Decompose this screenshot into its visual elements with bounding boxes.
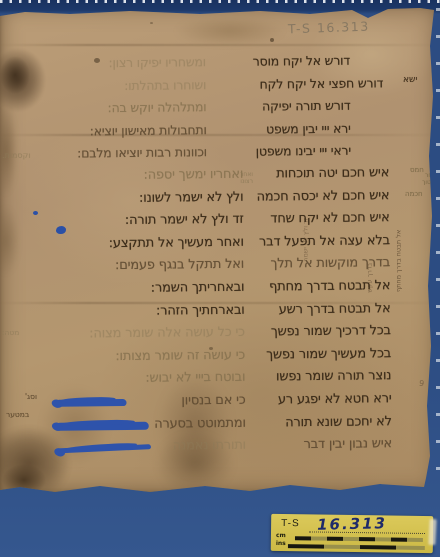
margin-note-right: חכמה <box>405 190 423 198</box>
hemistich-left: ואל תתקל בנגף פעמים: <box>115 257 244 273</box>
margin-gloss-line: רצונו <box>231 179 253 186</box>
text-line: איש נבון יבין דבר ותורתו נאמנה <box>2 434 440 461</box>
blue-ink-blot <box>56 226 66 234</box>
hemistich-right: ירא ייי יבין משפט <box>266 120 351 136</box>
vertical-gloss: בדרך עקש <box>366 258 373 298</box>
blue-ink-scribble <box>59 444 151 453</box>
margin-note-left: וקסמות. <box>2 151 30 160</box>
hemistich-right: דורש חפצי אל יקח לקח <box>259 75 383 91</box>
hemistich-right: דורש תורה יפיקה <box>262 98 351 114</box>
hemistich-left: ומתמוטט בסערה <box>154 415 246 431</box>
hemistich-left: ותורתו נאמנה <box>173 438 246 454</box>
hemistich-right: יראי ייי יבינו משפטן <box>256 143 351 159</box>
hemistich-right: איש חכם לא יקח שחד <box>270 210 389 226</box>
ins-scale-bar <box>288 544 425 549</box>
hemistich-right: איש חכם לא יכסה חכמה <box>256 188 389 204</box>
hemistich-left: ומשחריו יפיקו רצון: <box>108 54 206 70</box>
stain <box>2 464 46 496</box>
label-prefix: T-S <box>281 518 300 529</box>
label-torn-edge <box>428 519 436 545</box>
hemistich-left: ואחר מעשיך אל תתקצע: <box>109 234 244 250</box>
hemistich-left: כי אם בנסיון <box>181 393 245 409</box>
blue-ink-dot <box>33 211 38 215</box>
manuscript-photo: T-S 16.313 דורש אל יקח מוסר ומשחריו יפיק… <box>0 0 440 557</box>
cm-scale-bar <box>295 536 423 541</box>
crease-line <box>0 44 437 46</box>
margin-gloss-right: ואחר לפטוך <box>412 173 438 187</box>
hemistich-right: איש חכם יטה תוכחות <box>276 165 389 181</box>
hemistich-left: כי כל עושה אלה שומר מצוה: <box>89 325 245 342</box>
ruler-ticks-top <box>0 0 440 3</box>
hemistich-right: אל תבטח בדרך רשע <box>279 301 391 317</box>
hemistich-right: נוצר תורה שומר נפשו <box>276 369 391 385</box>
hemistich-right: ירא חטא לא יפגע רע <box>278 391 392 407</box>
hemistich-left: ובאחריתך השמר: <box>151 280 245 296</box>
backing-stitch-marks <box>436 8 440 478</box>
hemistich-left: וכוונות רבות יוציאו מלבם: <box>77 145 207 161</box>
pencil-shelfmark: T-S 16.313 <box>288 19 370 37</box>
label-cm-text: cm <box>276 532 286 539</box>
hemistich-right: דורש אל יקח מוסר <box>253 53 350 69</box>
hemistich-left: ותחבולות מאישון יוציא: <box>90 122 207 138</box>
label-number-handwritten: 16.313 <box>317 514 387 533</box>
ink-speck <box>270 38 274 42</box>
hemistich-left: ולץ לא ישמר לשונו: <box>139 189 244 205</box>
hemistich-left: ושוחרו בתהלתו: <box>124 77 206 93</box>
blue-ink-scribble <box>57 421 149 430</box>
ink-speck <box>150 22 153 24</box>
hemistich-left: כי עושה זה שומר מצותו: <box>115 347 245 363</box>
vertical-gloss: זד ולץ לא ישמר <box>302 210 309 270</box>
margin-note-left: במטער <box>6 410 29 419</box>
margin-note-left: מטה: <box>2 328 19 337</box>
label-ins-text: ins <box>276 540 286 547</box>
margin-gloss-line: לפטוך <box>412 180 438 187</box>
hemistich-right: בכל מעשיך שמור נפשך <box>266 346 391 362</box>
margin-note-left: וסג' <box>25 392 37 401</box>
stain <box>175 16 285 46</box>
hemistich-left: זד ולץ לא ישמר תורה: <box>125 212 244 228</box>
hemistich-left: ובוטח בייי לא יבוש: <box>145 370 245 386</box>
intercolumn-gloss: ואחר רצונו <box>231 172 253 186</box>
hemistich-right: בלא עצה אל תפעל דבר <box>259 233 390 249</box>
hemistich-right: איש נבון יבין דבר <box>303 436 392 452</box>
blue-ink-scribble <box>57 399 127 407</box>
shelfmark-label: T-S 16.313 cm ins <box>271 514 434 553</box>
margin-note-right: ישא <box>403 75 417 85</box>
hemistich-right: לא יחכם שונא תורה <box>285 414 392 430</box>
vertical-gloss: אל תבטח בדרך מחתף <box>395 230 402 290</box>
hemistich-left: ואחריו ימשך יספה: <box>143 167 243 183</box>
hemistich-right: בכל דרכיך שמור נפשך <box>271 323 391 339</box>
ink-speck <box>329 492 335 495</box>
hemistich-left: ובארחתיך הזהר: <box>156 302 245 318</box>
hemistich-left: ומתלהלה יוקש בה: <box>107 99 206 115</box>
text-block: דורש אל יקח מוסר ומשחריו יפיקו רצון: דור… <box>0 50 440 461</box>
parchment-leaf: T-S 16.313 דורש אל יקח מוסר ומשחריו יפיק… <box>0 6 437 493</box>
